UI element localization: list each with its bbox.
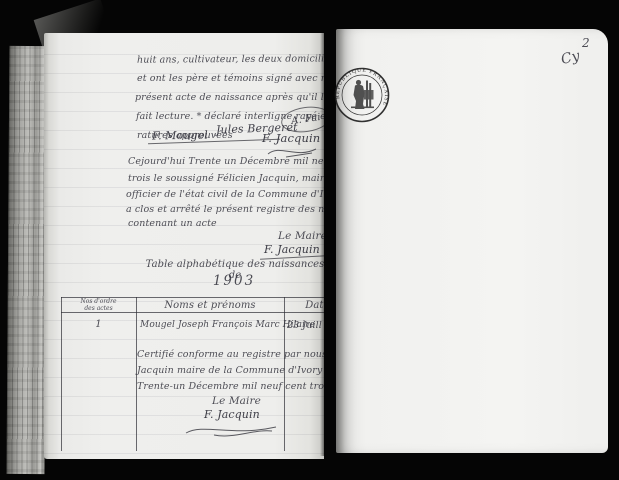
closing-line-4: a clos et arrêté le présent registre des… (126, 204, 324, 215)
book-page-edges (7, 46, 48, 474)
signature-witness2: F. Mougel (152, 129, 208, 143)
act-line-1: huit ans, cultivateur, les deux domicili… (137, 53, 324, 65)
row-date: 23 Juill (287, 320, 322, 331)
left-page: huit ans, cultivateur, les deux domicili… (44, 33, 324, 459)
cert-line-1: Certifié conforme au registre par nous F… (137, 349, 324, 360)
act-line-2: et ont les père et témoins signé avec no… (137, 73, 324, 84)
closing-line-3: officier de l'état civil de la Commune d… (126, 189, 323, 200)
header-name: Noms et prénoms (136, 300, 284, 311)
cert-signature-flourish (184, 421, 280, 439)
row-num: 1 (61, 319, 136, 330)
closing-line-5: contenant un acte (128, 218, 217, 229)
closing-line-1: Cejourd'hui Trente un Décembre mil neuf (128, 156, 324, 167)
cert-signature: F. Jacquin (204, 408, 260, 421)
folio-number: 2 (582, 36, 590, 50)
closing-line-2: trois le soussigné Félicien Jacquin, mai… (128, 173, 324, 184)
signature-officer: F. Jacquin (262, 131, 320, 145)
closing-signature: F. Jacquin (264, 243, 320, 256)
act-line-3: présent acte de naissance après qu'il le… (135, 92, 324, 103)
cert-line-2: Jacquin maire de la Commune d'Ivory (137, 365, 322, 376)
header-num-line2: des actes (61, 305, 136, 312)
cert-role: Le Maire (212, 395, 261, 407)
header-date: Dates (284, 300, 324, 311)
official-stamp: RÉPUBLIQUE FRANÇAISE (333, 66, 391, 124)
table-year: 1903 (154, 273, 314, 289)
register-scan: huit ans, cultivateur, les deux domicili… (0, 0, 619, 480)
header-num-line1: Nos d'ordre (61, 298, 136, 305)
closing-role: Le Maire (278, 230, 324, 242)
folio-paraph: Cy (559, 48, 581, 68)
cert-line-3: Trente-un Décembre mil neuf cent trois (137, 381, 324, 392)
